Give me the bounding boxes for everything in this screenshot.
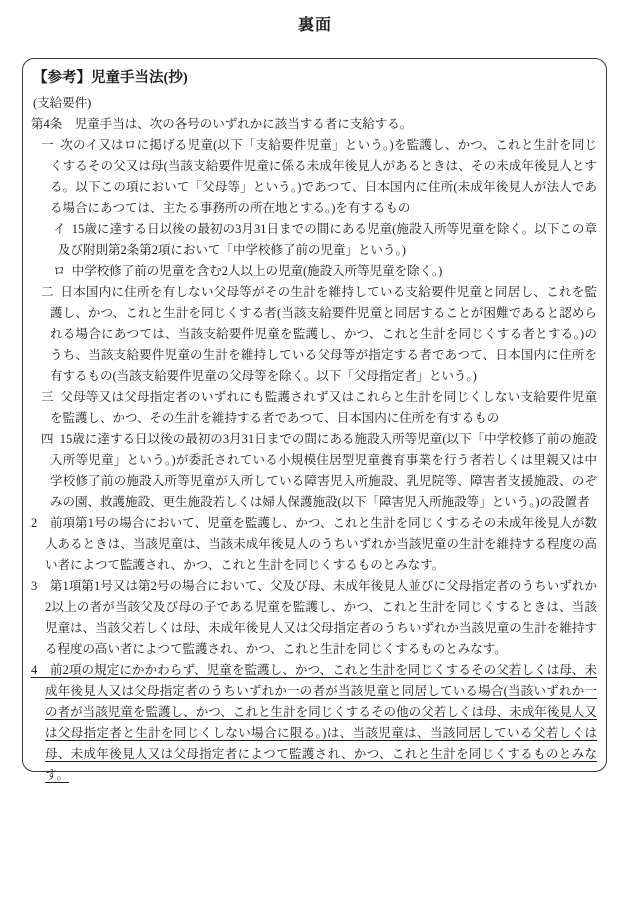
article4-item-2: 二 日本国内に住所を有しない父母等がその生計を維持している支給要件児童と同居し、… <box>31 282 597 387</box>
article4-item-1-sub-ro: ロ 中学校修了前の児童を含む2人以上の児童(施設入所等児童を除く。) <box>31 261 597 282</box>
article4-item-4: 四 15歳に達する日以後の最初の3月31日までの間にある施設入所等児童(以下「中… <box>31 429 597 513</box>
article4-item-1: 一 次のイ又はロに掲げる児童(以下「支給要件児童」という。)を監護し、かつ、これ… <box>31 135 597 219</box>
article4-paragraph-4: 4 前2項の規定にかかわらず、児童を監護し、かつ、これと生計を同じくするその父若… <box>31 660 597 786</box>
article4-item-1-sub-i: イ 15歳に達する日以後の最初の3月31日までの間にある児童(施設入所等児童を除… <box>31 219 597 261</box>
page-heading: 裏面 <box>0 12 630 35</box>
law-box-subtitle: (支給要件) <box>33 93 597 114</box>
law-text-body: 第4条 児童手当は、次の各号のいずれかに該当する者に支給する。 一 次のイ又はロ… <box>31 114 597 786</box>
article4-intro: 第4条 児童手当は、次の各号のいずれかに該当する者に支給する。 <box>31 114 597 135</box>
law-box-title: 【参考】児童手当法(抄) <box>33 67 597 89</box>
article4-paragraph-3: 3 第1項第1号又は第2号の場合において、父及び母、未成年後見人並びに父母指定者… <box>31 576 597 660</box>
article4-paragraph-2: 2 前項第1号の場合において、児童を監護し、かつ、これと生計を同じくするその未成… <box>31 513 597 576</box>
document-page: { "page": { "heading": "裏面" }, "colors":… <box>0 0 630 903</box>
article4-item-3: 三 父母等又は父母指定者のいずれにも監護されず又はこれらと生計を同じくしない支給… <box>31 387 597 429</box>
law-excerpt-box: 【参考】児童手当法(抄) (支給要件) 第4条 児童手当は、次の各号のいずれかに… <box>22 58 607 772</box>
